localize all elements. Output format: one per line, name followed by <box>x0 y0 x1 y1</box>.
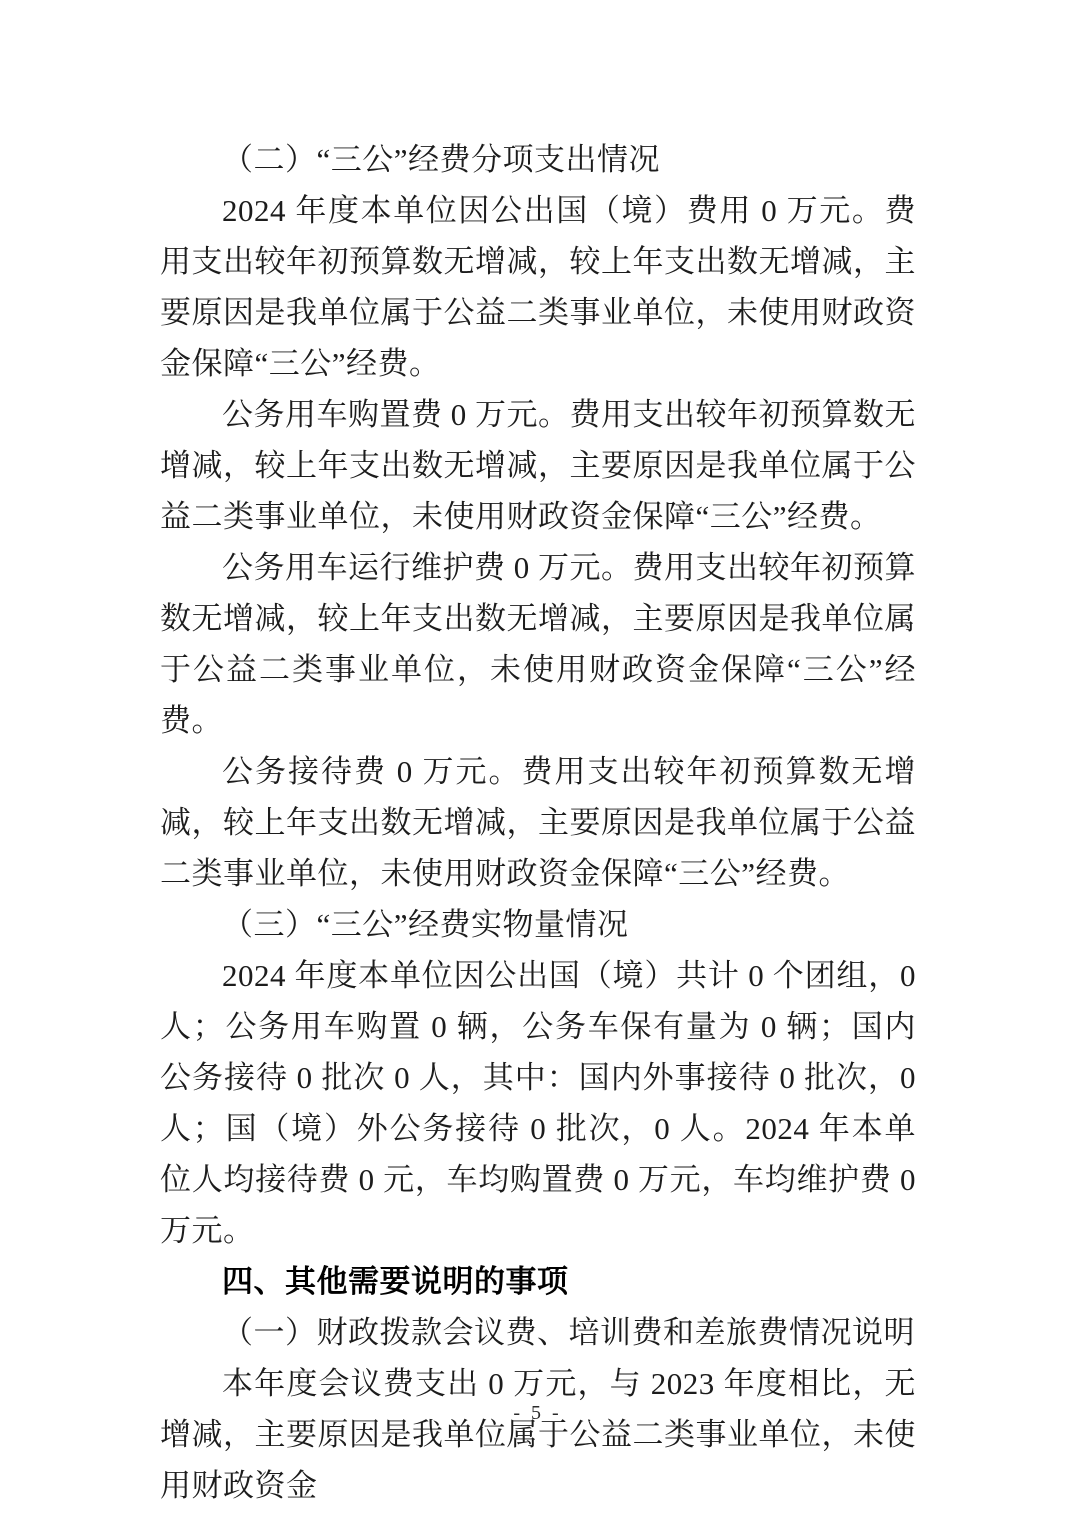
document-page: （二）“三公”经费分项支出情况 2024 年度本单位因公出国（境）费用 0 万元… <box>0 0 1075 1520</box>
paragraph-abroad-expense: 2024 年度本单位因公出国（境）费用 0 万元。费用支出较年初预算数无增减，较… <box>160 185 916 389</box>
section-heading-meeting-training-travel: （一）财政拨款会议费、培训费和差旅费情况说明 <box>160 1307 916 1358</box>
paragraph-physical-quantity-detail: 2024 年度本单位因公出国（境）共计 0 个团组，0 人；公务用车购置 0 辆… <box>160 950 916 1256</box>
paragraph-vehicle-maintenance-expense: 公务用车运行维护费 0 万元。费用支出较年初预算数无增减，较上年支出数无增减，主… <box>160 542 916 746</box>
paragraph-vehicle-purchase-expense: 公务用车购置费 0 万元。费用支出较年初预算数无增减，较上年支出数无增减，主要原… <box>160 389 916 542</box>
chapter-heading-other-matters: 四、其他需要说明的事项 <box>160 1256 916 1307</box>
paragraph-meeting-expense: 本年度会议费支出 0 万元，与 2023 年度相比，无增减，主要原因是我单位属于… <box>160 1358 916 1511</box>
page-number: - 5 - <box>0 1396 1075 1430</box>
section-heading-san-gong-itemized: （二）“三公”经费分项支出情况 <box>160 134 916 185</box>
section-heading-san-gong-physical-quantity: （三）“三公”经费实物量情况 <box>160 899 916 950</box>
document-body: （二）“三公”经费分项支出情况 2024 年度本单位因公出国（境）费用 0 万元… <box>160 134 916 1511</box>
paragraph-official-reception-expense: 公务接待费 0 万元。费用支出较年初预算数无增减，较上年支出数无增减，主要原因是… <box>160 746 916 899</box>
